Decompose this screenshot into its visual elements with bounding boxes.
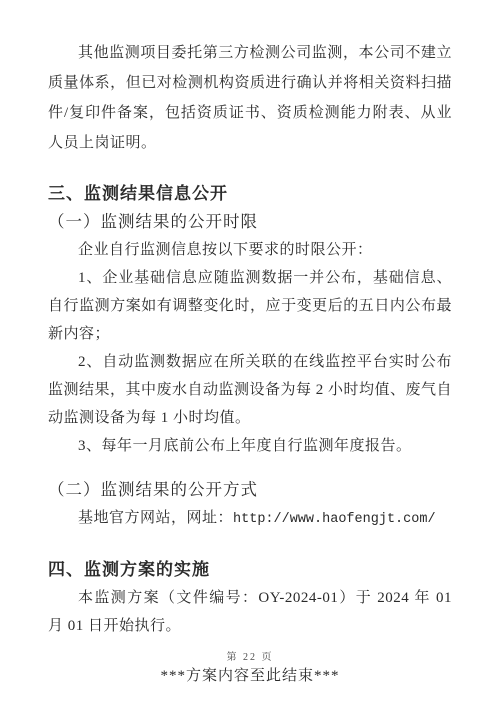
section-3-heading: 三、监测结果信息公开: [48, 180, 452, 208]
list-item-2: 2、自动监测数据应在所关联的在线监控平台实时公布监测结果，其中废水自动监测设备为…: [48, 348, 452, 432]
section-4-body: 本监测方案（文件编号：OY-2024-01）于 2024 年 01 月 01 日…: [48, 584, 452, 640]
subsection-3-2-heading: （二）监测结果的公开方式: [48, 476, 452, 504]
end-of-plan-marker: ***方案内容至此结束***: [48, 662, 452, 690]
website-url: http://www.haofengjt.com/: [233, 512, 436, 527]
section-4: 四、监测方案的实施 本监测方案（文件编号：OY-2024-01）于 2024 年…: [48, 556, 452, 640]
page-number-footer: 第 22 页: [0, 648, 500, 663]
subsection-3-1-heading: （一）监测结果的公开时限: [48, 208, 452, 236]
subsection-3-1-lead: 企业自行监测信息按以下要求的时限公开：: [48, 236, 452, 264]
subsection-3-2: （二）监测结果的公开方式 基地官方网站，网址：http://www.haofen…: [48, 476, 452, 534]
website-line: 基地官方网站，网址：http://www.haofengjt.com/: [48, 504, 452, 534]
section-4-heading: 四、监测方案的实施: [48, 556, 452, 584]
intro-paragraph: 其他监测项目委托第三方检测公司监测，本公司不建立质量体系，但已对检测机构资质进行…: [48, 38, 452, 158]
list-item-1: 1、企业基础信息应随监测数据一并公布，基础信息、自行监测方案如有调整变化时，应于…: [48, 264, 452, 348]
list-item-3: 3、每年一月底前公布上年度自行监测年度报告。: [48, 432, 452, 460]
document-page: 其他监测项目委托第三方检测公司监测，本公司不建立质量体系，但已对检测机构资质进行…: [0, 0, 500, 707]
website-label: 基地官方网站，网址：: [78, 510, 233, 526]
